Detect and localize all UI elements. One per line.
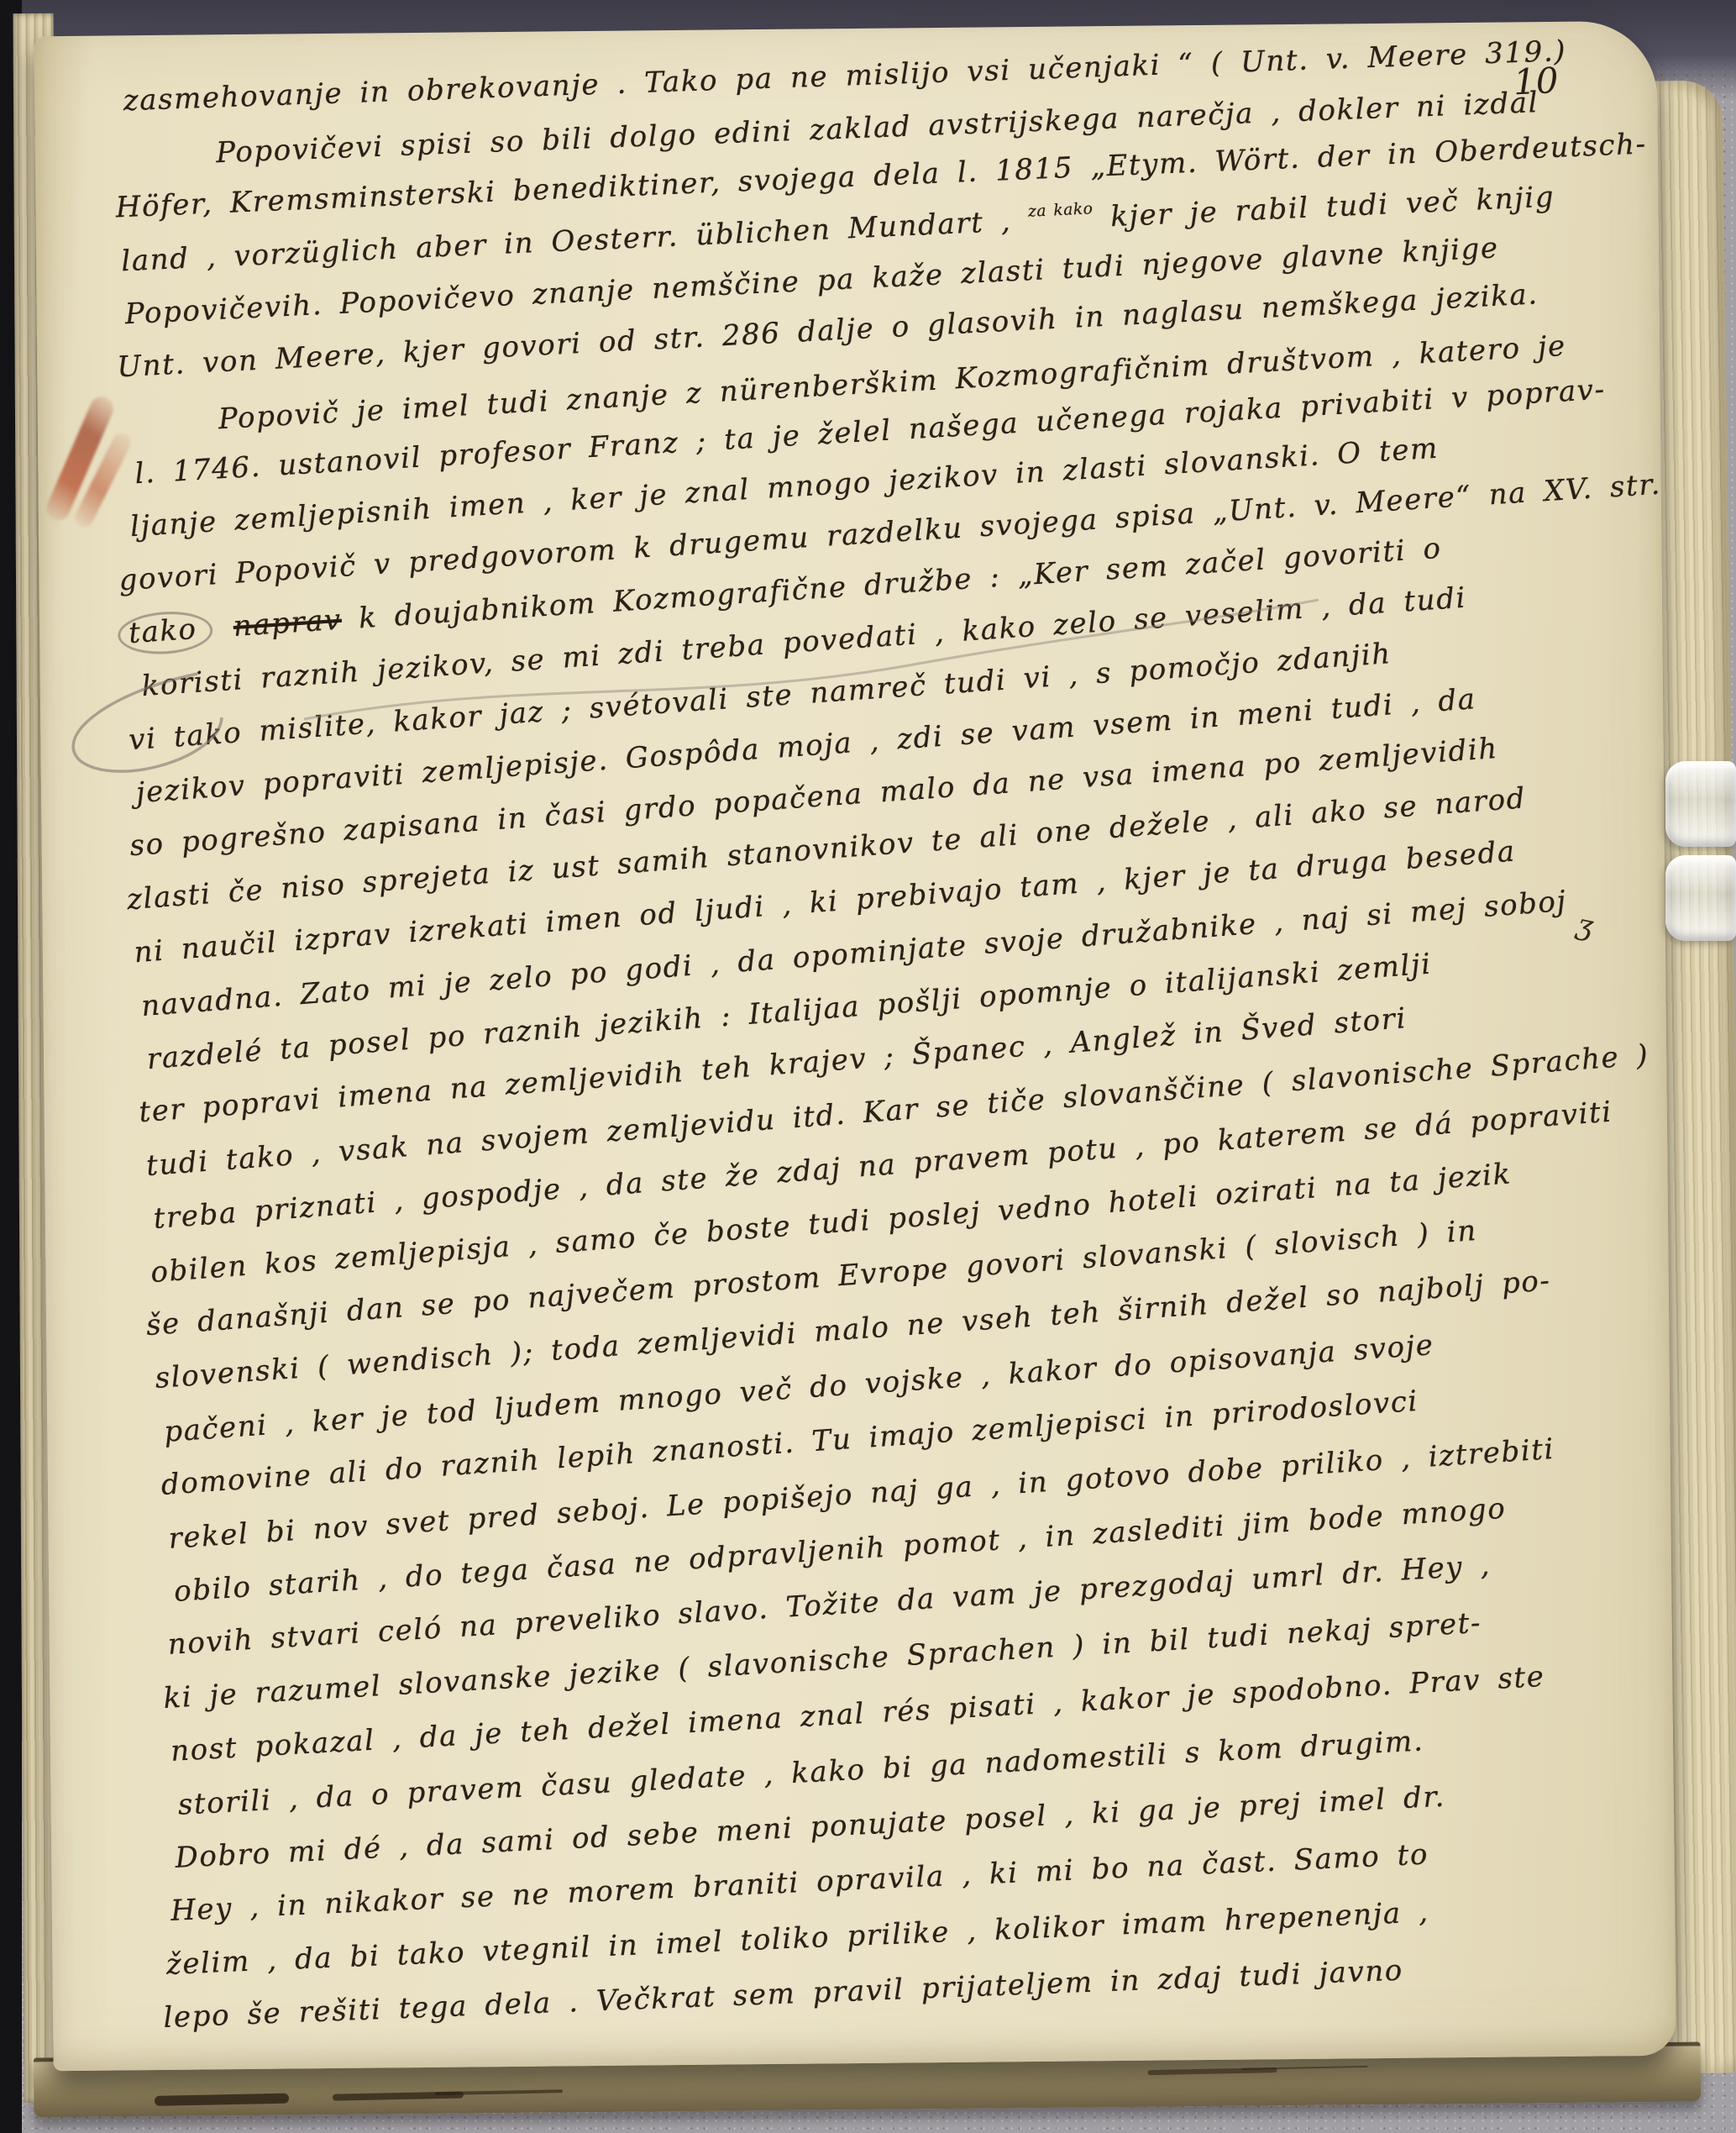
page-number: 10 bbox=[1512, 60, 1559, 102]
manuscript-page: zasmehovanje in obrekovanje . Tako pa ne… bbox=[34, 21, 1676, 2071]
glass-page-weight bbox=[1662, 761, 1736, 949]
manuscript-lines: zasmehovanje in obrekovanje . Tako pa ne… bbox=[115, 70, 1645, 2055]
glass-page-weight-segment bbox=[1665, 855, 1736, 941]
glass-page-weight-segment bbox=[1665, 761, 1736, 847]
